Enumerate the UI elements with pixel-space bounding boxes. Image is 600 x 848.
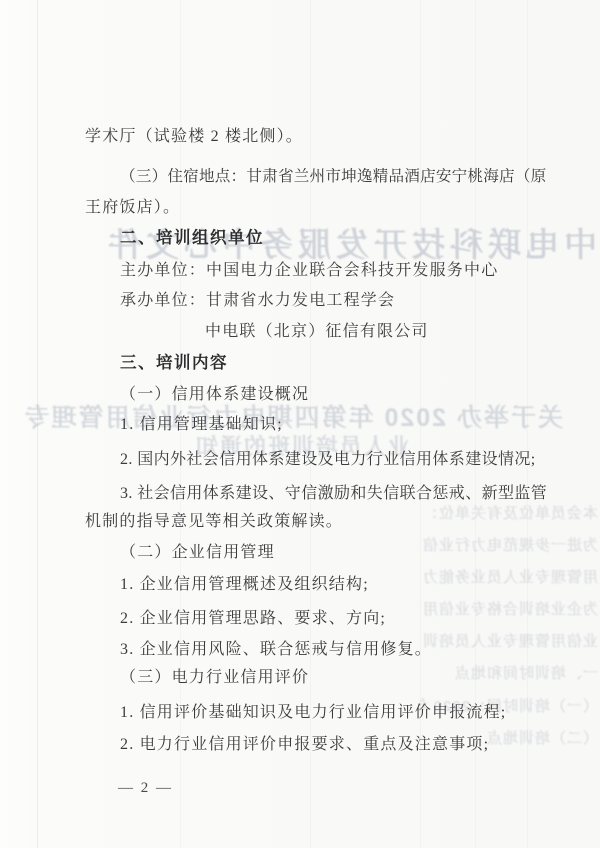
bleedthrough-fragment: 一、培训时间和地点 — [420, 662, 598, 683]
text-line-subsection-3: （三）电力行业信用评价 — [120, 664, 309, 687]
scan-band-line — [527, 0, 528, 848]
section-heading-content: 三、培训内容 — [120, 349, 228, 373]
page-number: — 2 — — [118, 780, 173, 797]
bleedthrough-fragment: 用管理专业人员业务能力 — [420, 566, 598, 587]
bleedthrough-fragment: 为企业培训合格专业信用 — [420, 598, 598, 619]
text-line-item-3-2: 2. 电力行业信用评价申报要求、重点及注意事项; — [120, 731, 489, 754]
text-line-lodging: （三）住宿地点：甘肃省兰州市坤逸精品酒店安宁桃海店（原 — [120, 164, 546, 186]
text-line-item-3-1: 1. 信用评价基础知识及电力行业信用评价申报流程; — [120, 699, 506, 722]
text-line-item-1-2: 2. 国内外社会信用体系建设及电力行业信用体系建设情况; — [120, 446, 536, 469]
text-line-item-1-1: 1. 信用管理基础知识; — [120, 411, 283, 434]
bleedthrough-fragment: 业信用管理专业人员培训 — [420, 630, 598, 651]
text-line-host-unit: 主办单位：中国电力企业联合会科技开发服务中心 — [120, 257, 498, 280]
bleedthrough-fragment: 为进一步规范电力行业信 — [420, 534, 598, 555]
text-line-venue: 学术厅（试验楼 2 楼北侧）。 — [85, 123, 303, 146]
text-line-lodging-cont: 王府饭店）。 — [85, 194, 180, 217]
text-line-subsection-2: （二）企业信用管理 — [120, 539, 275, 562]
text-line-organizer-unit-2: 中电联（北京）征信有限公司 — [205, 318, 429, 341]
section-heading-organizers: 二、培训组织单位 — [120, 224, 264, 248]
text-line-item-2-1: 1. 企业信用管理概述及组织结构; — [120, 571, 369, 594]
text-line-item-2-3: 3. 企业信用风险、联合惩戒与信用修复。 — [120, 636, 432, 659]
text-line-item-2-2: 2. 企业信用管理思路、要求、方向; — [120, 605, 386, 628]
bleedthrough-fragment: 本会员单位及有关单位： — [420, 502, 598, 523]
scan-band-line — [37, 0, 38, 848]
text-line-organizer-unit: 承办单位：甘肃省水力发电工程学会 — [120, 287, 395, 310]
text-line-subsection-1: （一）信用体系建设概况 — [120, 381, 309, 404]
text-line-item-1-3: 3. 社会信用体系建设、守信激励和失信联合惩戒、新型监管 — [120, 480, 547, 503]
text-line-item-1-3-cont: 机制的指导意见等相关政策解读。 — [85, 508, 343, 531]
scanned-document-page: 中电联科技开发服务中心文件 关于举办 2020 年第四期电力行业信用管理专 业人… — [0, 0, 600, 848]
